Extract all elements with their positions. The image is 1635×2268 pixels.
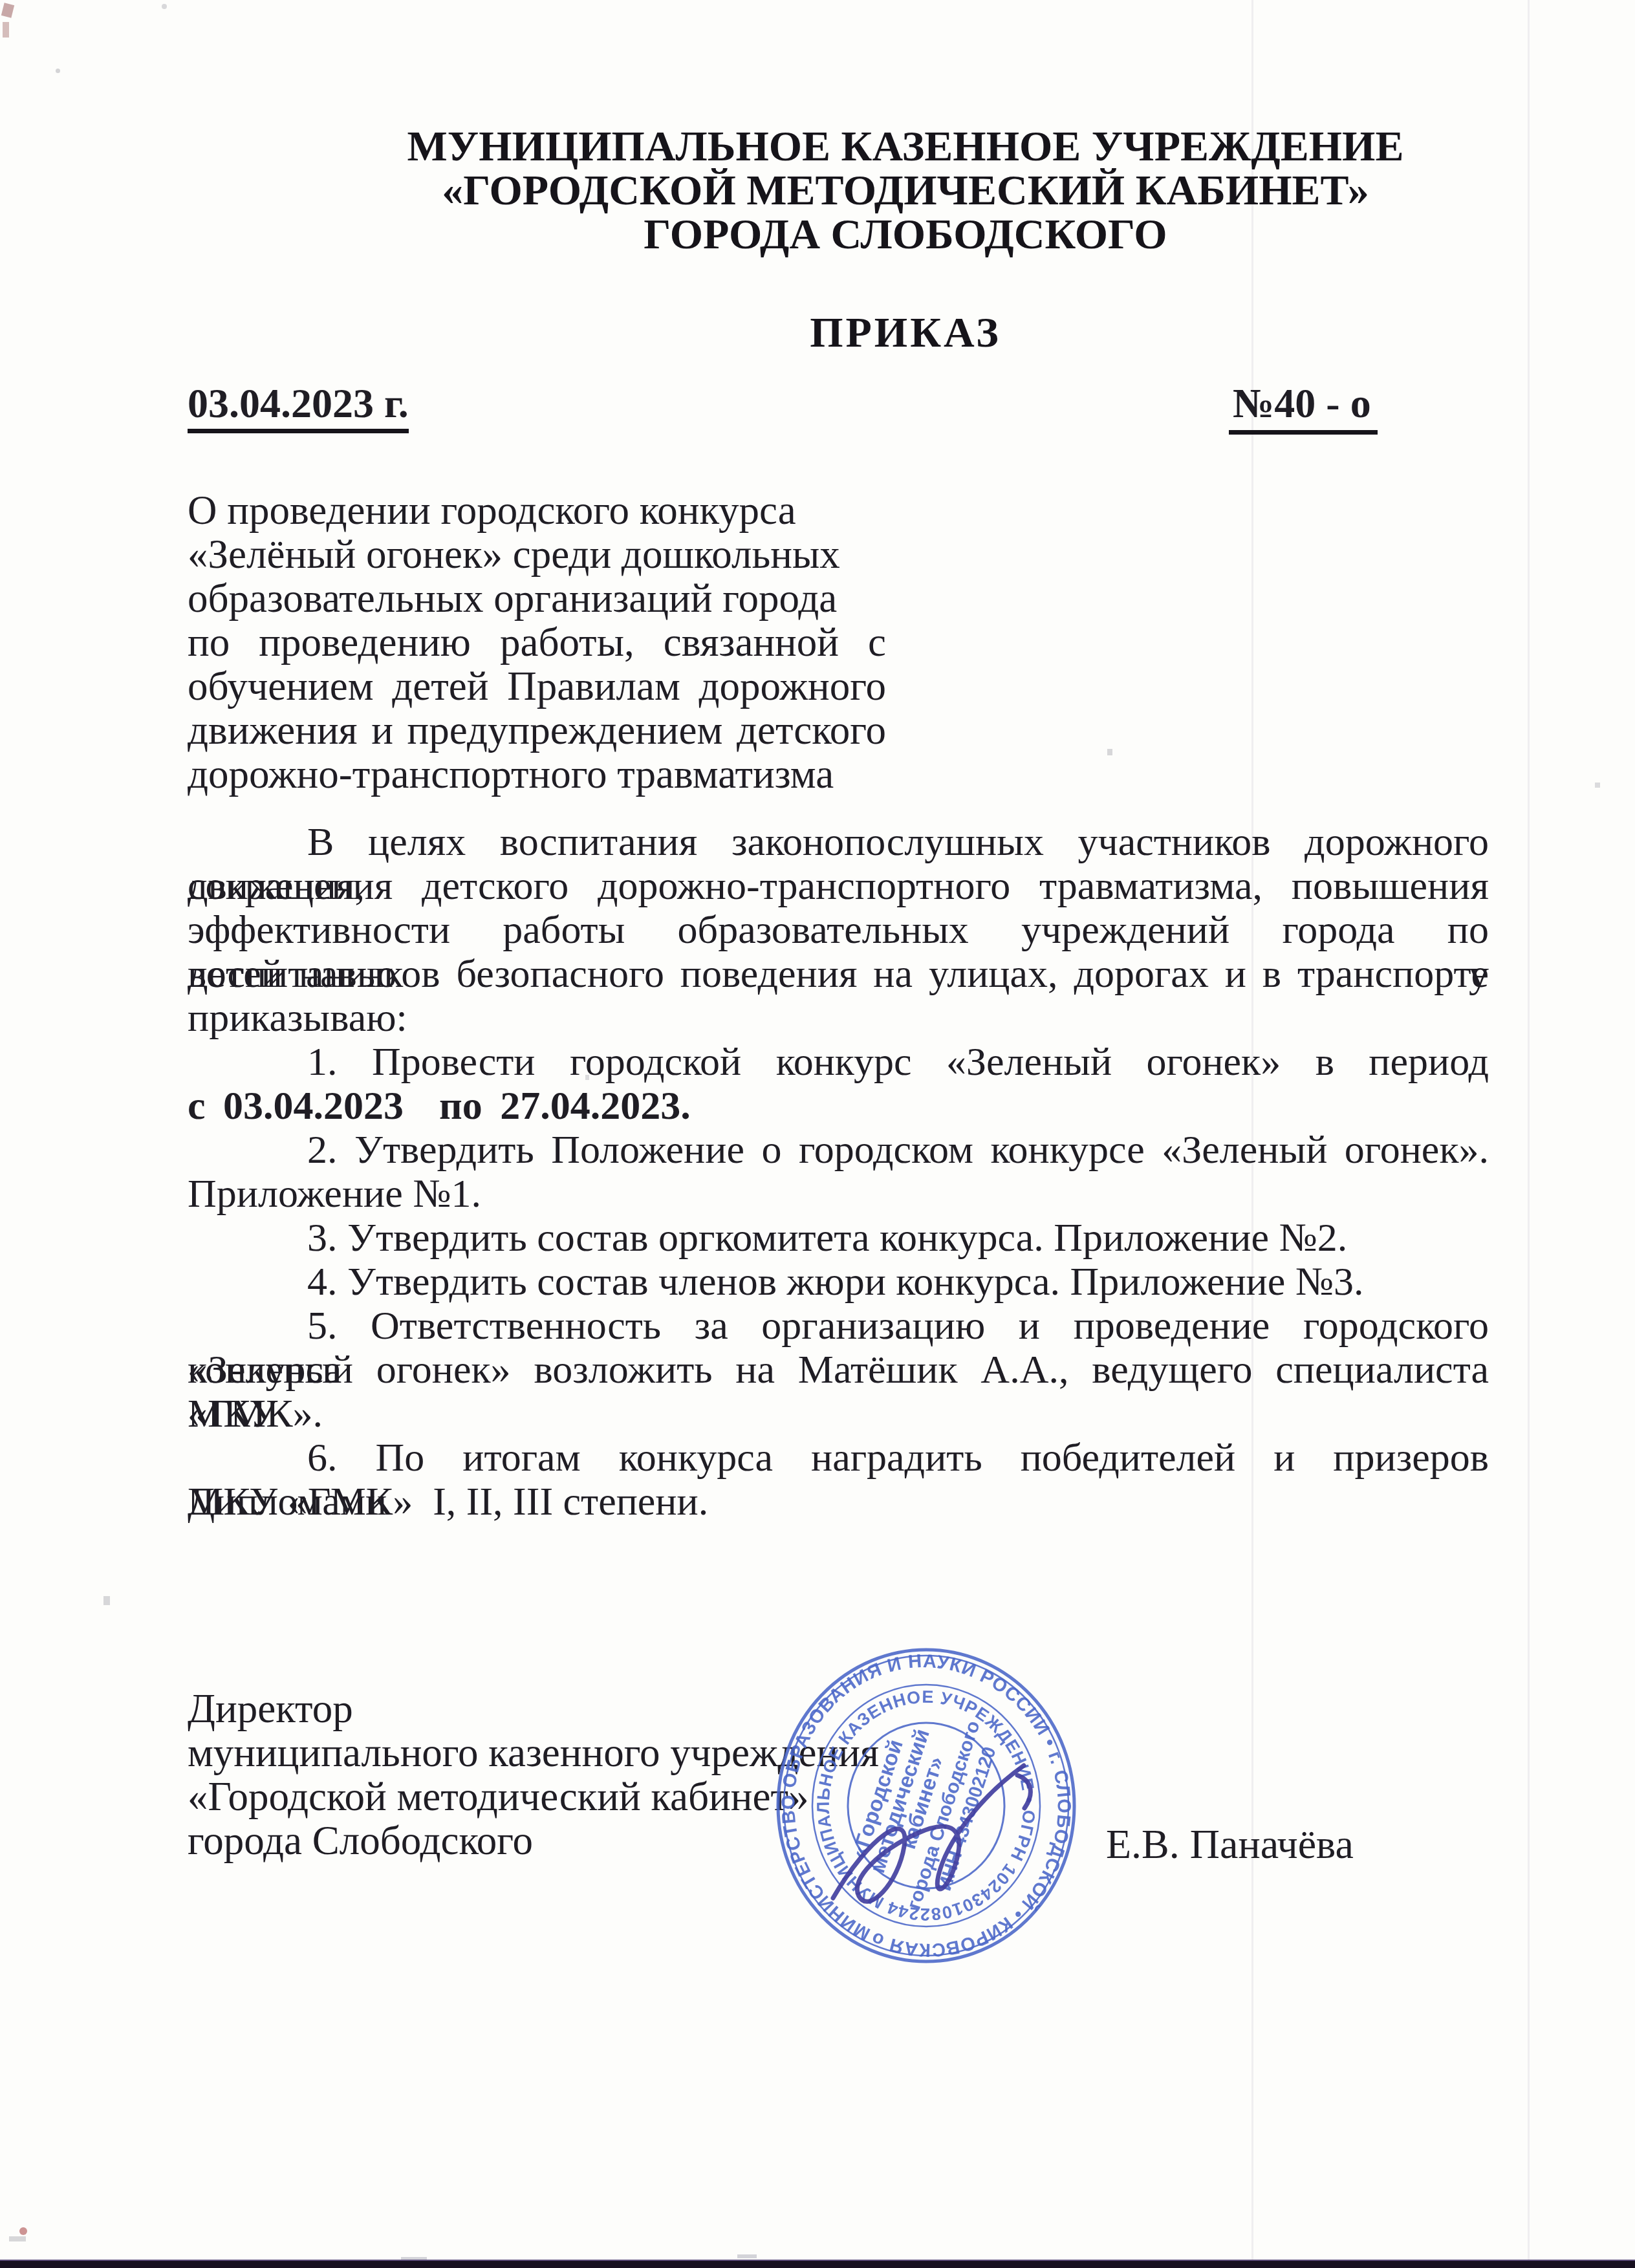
scan-artifact [585,1075,589,1080]
body-line: 1. Провести городской конкурс «Зеленый о… [188,1040,1489,1084]
scan-artifact [1107,749,1112,755]
scan-artifact [1,3,14,17]
stamp-graphic: МИНИСТЕРСТВО ОБРАЗОВАНИЯ И НАУКИ РОССИИ … [772,1643,1081,1969]
scan-artifact [9,2236,26,2241]
body-line: детей навыков безопасного поведения на у… [188,952,1489,996]
order-number: №40 - о [1229,380,1378,427]
scan-edge-bar [0,2260,1635,2268]
body-line: «Зеленый огонек» возложить на Матёшик А.… [188,1348,1489,1392]
body-line: 4. Утвердить состав членов жюри конкурса… [188,1260,1489,1304]
subject-line: по проведению работы, связанной с [188,620,886,664]
scan-artifact [1595,783,1600,788]
letterhead: МУНИЦИПАЛЬНОЕ КАЗЕННОЕ УЧРЕЖДЕНИЕ «ГОРОД… [323,125,1488,257]
body-line: «ГМК». [188,1392,1489,1436]
scan-streak [1528,0,1530,2268]
scan-artifact [19,2227,27,2235]
subject-line: дорожно-транспортного травматизма [188,752,886,796]
subject-line: образовательных организаций города [188,576,886,620]
scan-artifact [3,22,9,38]
body-line: с 03.04.2023 по 27.04.2023. [188,1084,1489,1128]
letterhead-line: «ГОРОДСКОЙ МЕТОДИЧЕСКИЙ КАБИНЕТ» [323,169,1488,213]
subject-line: «Зелёный огонек» среди дошкольных [188,532,886,576]
official-stamp: МИНИСТЕРСТВО ОБРАЗОВАНИЯ И НАУКИ РОССИИ … [772,1643,1081,1969]
body-line: сокращения детского дорожно-транспортног… [188,864,1489,908]
body-line: Приложение №1. [188,1172,1489,1216]
body-line: 6. По итогам конкурса наградить победите… [188,1436,1489,1480]
body-line: 5. Ответственность за организацию и пров… [188,1304,1489,1348]
body-line: эффективности работы образовательных учр… [188,908,1489,952]
subject-line: движения и предупреждением детского [188,708,886,752]
scan-artifact [162,4,167,9]
subject-line: обучением детей Правилам дорожного [188,664,886,708]
document-type-title: ПРИКАЗ [323,311,1488,355]
subject-line: О проведении городского конкурса [188,488,886,532]
order-subject: О проведении городского конкурса «Зелёны… [188,488,886,796]
scan-artifact [56,69,60,73]
body-line: МКУ «ГМК» I, II, III степени. [188,1480,1489,1524]
scan-artifact [737,2254,757,2258]
scan-artifact [103,1596,110,1605]
letterhead-line: ГОРОДА СЛОБОДСКОГО [323,213,1488,257]
body-line: 3. Утвердить состав оргкомитета конкурса… [188,1216,1489,1260]
signer-name: Е.В. Паначёва [1106,1822,1354,1866]
scanned-order-document: МУНИЦИПАЛЬНОЕ КАЗЕННОЕ УЧРЕЖДЕНИЕ «ГОРОД… [0,0,1635,2268]
body-line: 2. Утвердить Положение о городском конку… [188,1128,1489,1172]
body-line: приказываю: [188,996,1489,1040]
order-body: В целях воспитания законопослушных участ… [188,820,1489,1524]
order-date: 03.04.2023 г. [188,380,409,427]
letterhead-line: МУНИЦИПАЛЬНОЕ КАЗЕННОЕ УЧРЕЖДЕНИЕ [323,125,1488,169]
body-line: В целях воспитания законопослушных участ… [188,820,1489,864]
